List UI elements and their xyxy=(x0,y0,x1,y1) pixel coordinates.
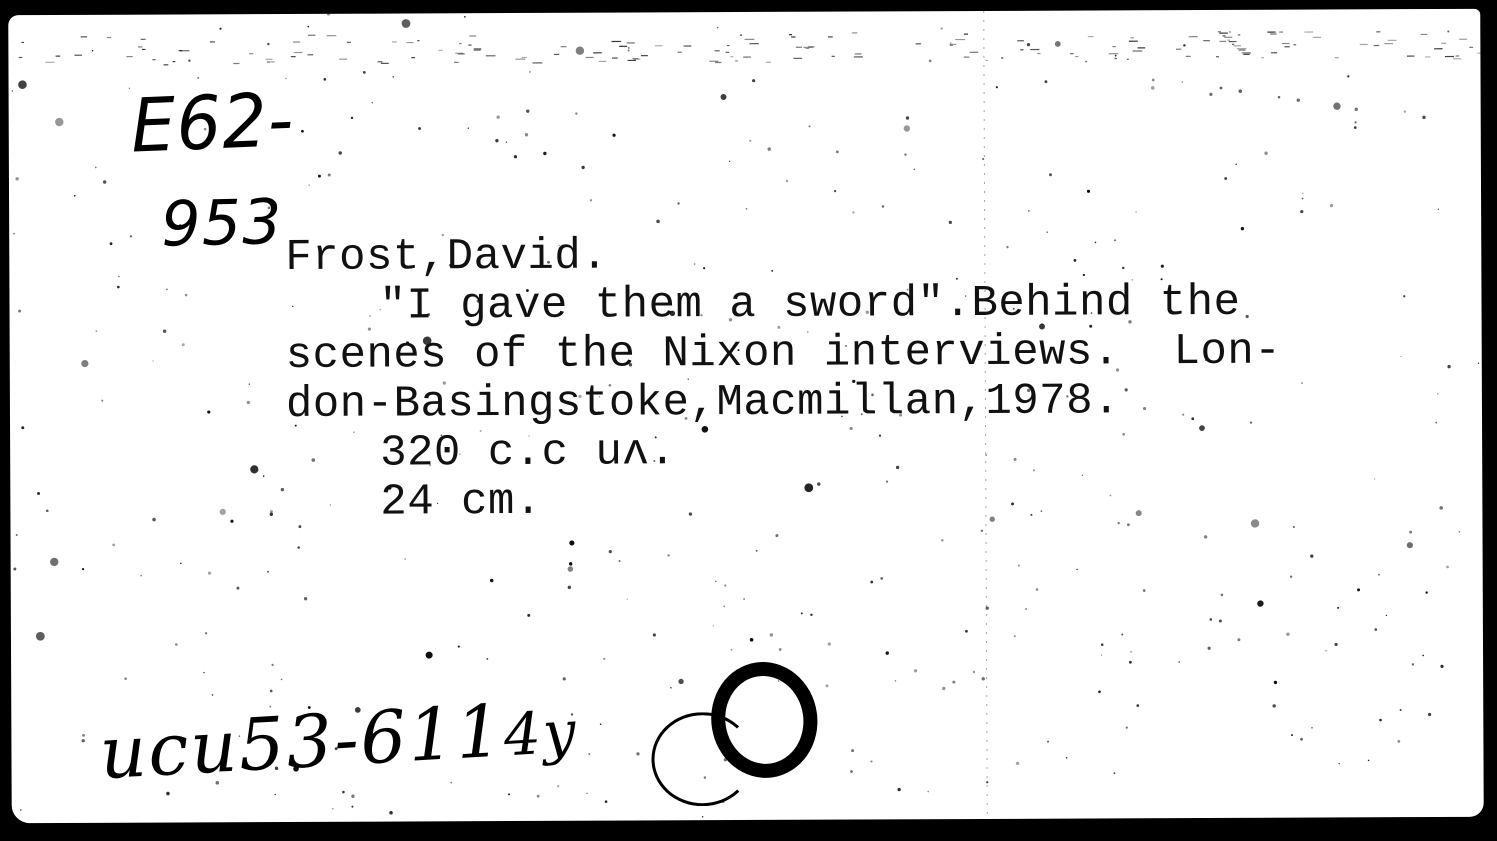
imprint-line: don-Basingstoke,Macmillan,1978. xyxy=(286,377,1120,430)
accession-text: ucu53-611 xyxy=(97,688,506,795)
handwritten-accession-number: ucu53-6114y xyxy=(97,684,579,795)
title-line-1: "I gave them a sword".Behind the xyxy=(379,279,1240,332)
title-line-2: scenes of the Nixon interviews. Lon- xyxy=(286,328,1282,381)
pagination: 320 c.c uʌ. xyxy=(380,428,676,478)
call-number-line1: E62- xyxy=(129,77,295,170)
accession-suffix: 4y xyxy=(502,697,579,769)
catalog-card: E62- 953 Frost,David. "I gave them a swo… xyxy=(8,9,1484,823)
author-heading: Frost,David. xyxy=(285,233,608,283)
scanned-card-background: E62- 953 Frost,David. "I gave them a swo… xyxy=(0,0,1497,841)
call-number-line2: 953 xyxy=(160,185,283,261)
dimensions: 24 cm. xyxy=(380,478,542,528)
